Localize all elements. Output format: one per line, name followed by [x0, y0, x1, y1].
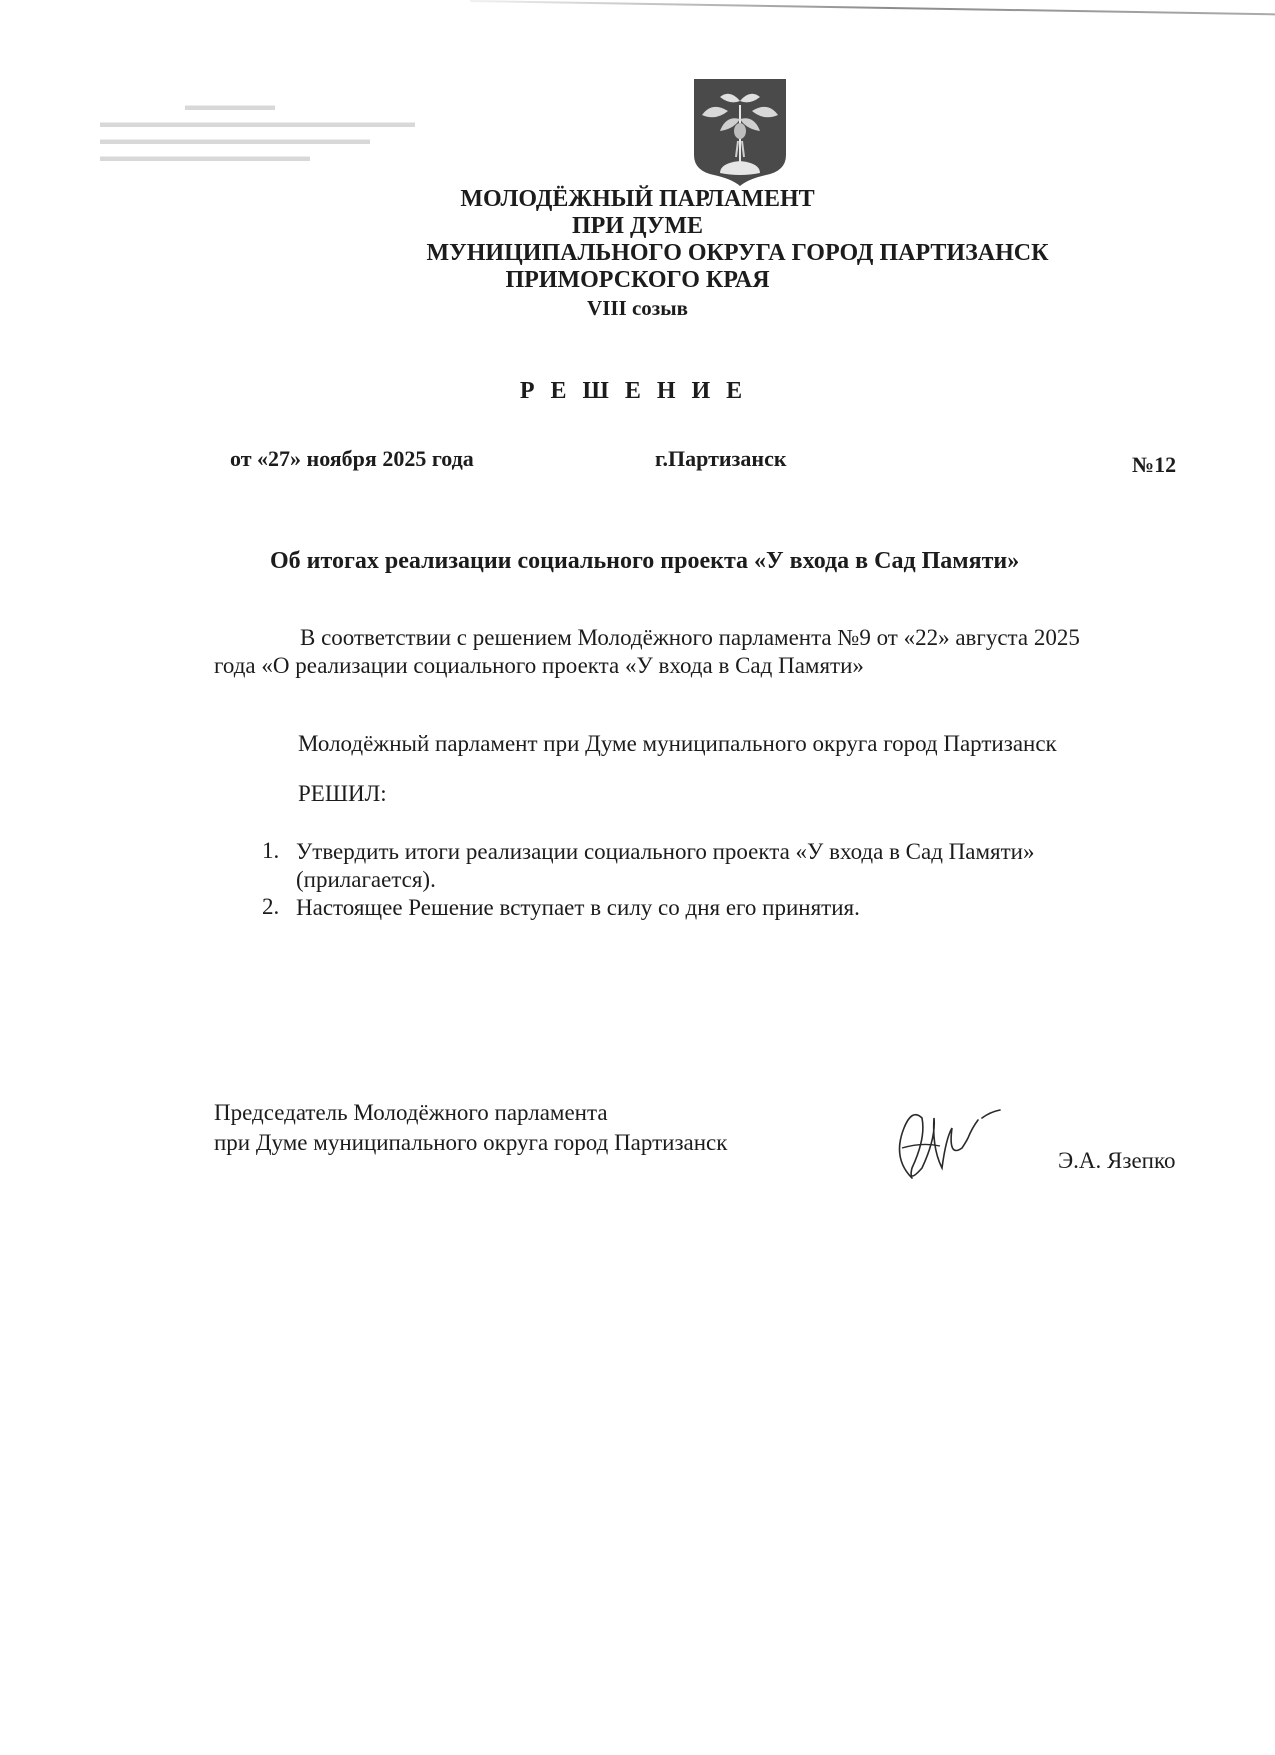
decision-number: №12 [1132, 452, 1176, 478]
header-line-2: ПРИ ДУМЕ [0, 213, 1275, 240]
decision-city: г.Партизанск [655, 446, 787, 472]
decision-subject: Об итогах реализации социального проекта… [270, 548, 1019, 575]
header-line-1: МОЛОДЁЖНЫЙ ПАРЛАМЕНТ [0, 186, 1275, 213]
list-item-text: Утвердить итоги реализации социального п… [296, 838, 1035, 866]
bleed-through-text: ▬▬▬▬▬▬ ▬▬▬▬▬▬▬▬▬▬▬▬▬▬▬▬▬▬▬▬▬ ▬▬▬▬▬▬▬▬▬▬▬… [100, 98, 430, 166]
signatory-name: Э.А. Язепко [1058, 1146, 1176, 1176]
handwritten-signature-icon [882, 1098, 1012, 1188]
coat-of-arms-icon [690, 75, 790, 187]
header-line-5-convocation: VIII созыв [0, 296, 1275, 321]
header-line-3: МУНИЦИПАЛЬНОГО ОКРУГА ГОРОД ПАРТИЗАНСК [100, 240, 1275, 267]
scan-edge-line [470, 0, 1275, 16]
decision-title: Р Е Ш Е Н И Е [0, 378, 1271, 405]
list-item-text: Настоящее Решение вступает в силу со дня… [296, 894, 860, 922]
header-line-4: ПРИМОРСКОГО КРАЯ [0, 267, 1275, 294]
preamble-line-1: В соответствии с решением Молодёжного па… [300, 624, 1080, 652]
preamble-line-2: года «О реализации социального проекта «… [214, 652, 864, 680]
list-item-number: 2. [262, 894, 279, 920]
signatory-position-line-1: Председатель Молодёжного парламента [214, 1098, 608, 1128]
signatory-position-line-2: при Думе муниципального округа город Пар… [214, 1128, 727, 1158]
list-item-number: 1. [262, 838, 279, 864]
resolved-label: РЕШИЛ: [298, 780, 387, 808]
decision-date: от «27» ноября 2025 года [230, 446, 474, 472]
list-item-text-continued: (прилагается). [296, 866, 436, 894]
body-subject: Молодёжный парламент при Думе муниципаль… [298, 730, 1057, 758]
